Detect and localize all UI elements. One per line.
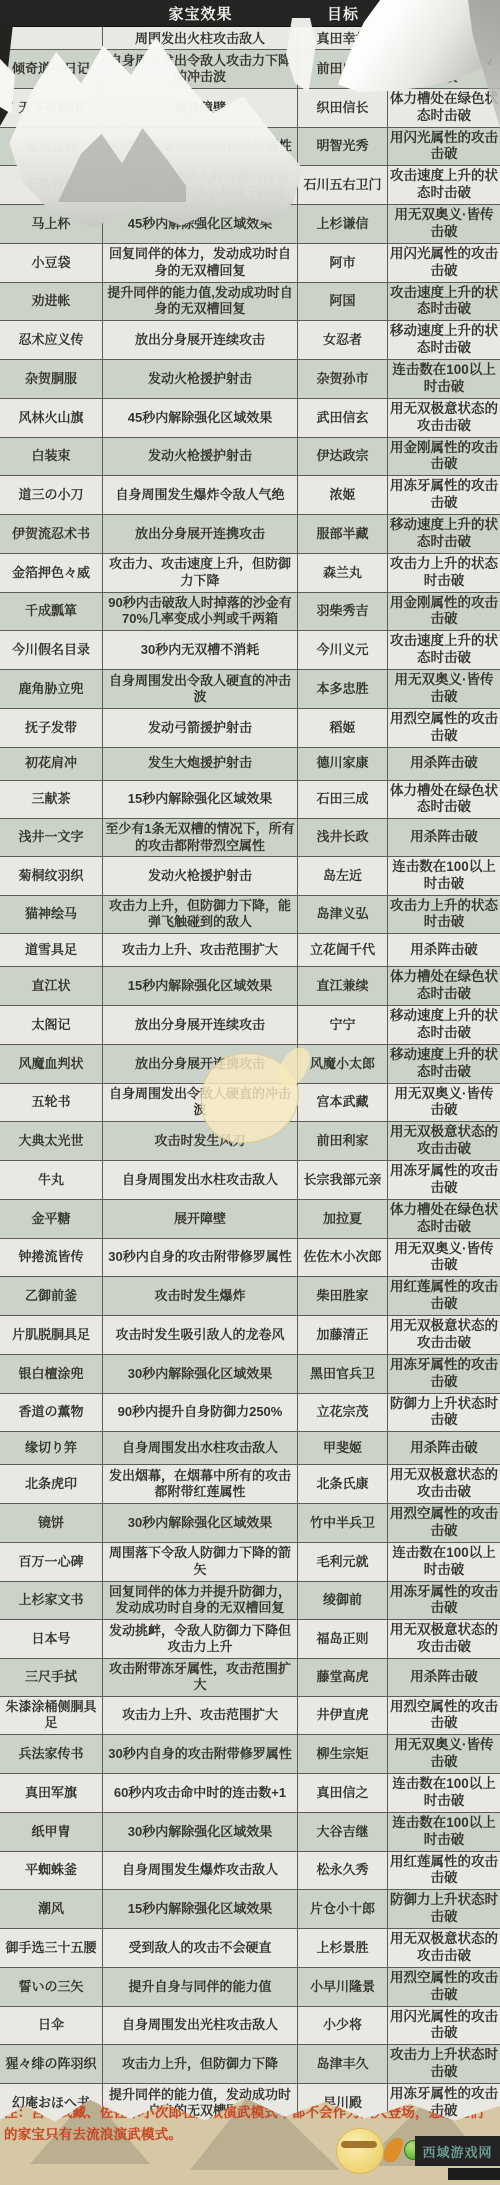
treasure-effect-cell: 60秒内攻击命中时的连击数+1 <box>103 1774 298 1812</box>
treasure-effect-cell: 至少有1条无双槽的情况下，所有的攻击都附带烈空属性 <box>103 819 298 856</box>
treasure-effect-cell: 攻击力上升，但防御力下降 <box>103 2045 298 2083</box>
treasure-effect-cell: 自身周围发出令敌人攻击力下降的冲击波 <box>103 50 298 88</box>
break-method-cell: 移动速度上升的状态时击破 <box>388 1006 500 1044</box>
table-row: 伊贺流忍术书放出分身展开连携攻击服部半藏移动速度上升的状态时击破 <box>0 515 500 554</box>
target-character-cell: 前田利家 <box>298 1122 388 1160</box>
treasure-name-cell: 初花肩冲 <box>0 748 103 780</box>
treasure-name-cell: 浅井一文字 <box>0 819 103 856</box>
treasure-name-cell: 猩々绯の阵羽织 <box>0 2045 103 2083</box>
treasure-effect-cell: 发出烟幕，在烟幕中所有的攻击都附带红莲属性 <box>103 1465 298 1503</box>
target-character-cell: 明智光秀 <box>298 128 388 166</box>
treasure-name-cell: 猫神绘马 <box>0 896 103 934</box>
break-method-cell: 用杀阵击破 <box>388 1659 500 1696</box>
treasure-effect-cell: 受到敌人的攻击不会硬直 <box>103 1929 298 1967</box>
break-method-cell: 用无双极意状态的攻击击破 <box>388 1122 500 1160</box>
target-character-cell: 柴田胜家 <box>298 1277 388 1315</box>
table-row: 周围发出火柱攻击敌人真田幸村 <box>0 27 500 50</box>
table-row: 兵法家传书30秒内自身的攻击附带修罗属性柳生宗矩用无双奥义·皆传击破 <box>0 1735 500 1774</box>
treasure-effect-cell: 30秒内解除强化区域效果 <box>103 1813 298 1851</box>
site-logo-text: 西域游戏网 <box>422 2142 492 2161</box>
target-character-cell: 岛津丰久 <box>298 2045 388 2083</box>
treasure-name-cell: 杂贺胴服 <box>0 360 103 398</box>
table-row: 真田军旗60秒内攻击命中时的连击数+1真田信之连击数在100以上时击破 <box>0 1774 500 1813</box>
table-row: 钟捲流皆传30秒内自身的攻击附带修罗属性佐佐木小次郎用无双奥义·皆传击破 <box>0 1239 500 1278</box>
chick-mascot-icon <box>336 2128 384 2174</box>
treasure-name-cell: 三献茶 <box>0 781 103 819</box>
break-method-cell: 用冻牙属性的攻击击破 <box>388 1355 500 1393</box>
break-method-cell: 连击数在100以上时击破 <box>388 857 500 895</box>
break-method-cell: 攻击速度上升的状态时击破 <box>388 631 500 669</box>
header-effect: 家宝效果 <box>103 0 298 26</box>
break-method-cell: 用杀阵击破 <box>388 1432 500 1464</box>
table-row: 直江状15秒内解除强化区域效果直江兼续体力槽处在绿色状态时击破 <box>0 967 500 1006</box>
table-row: 乙御前釜攻击时发生爆炸柴田胜家用红莲属性的攻击击破 <box>0 1277 500 1316</box>
treasure-name-cell: 千鸟香炉 <box>0 166 103 204</box>
treasure-effect-cell: 自身周围发出水柱攻击敌人 <box>103 1432 298 1464</box>
treasure-name-cell: 鹿角胁立兜 <box>0 670 103 708</box>
table-row: 三尺手拭攻击附带冻牙属性，攻击范围扩大藤堂高虎用杀阵击破 <box>0 1659 500 1697</box>
target-character-cell: 前田庆次 <box>298 50 388 88</box>
treasure-effect-cell: 30秒内自身的攻击附带修罗属性 <box>103 128 298 166</box>
treasure-effect-cell: 攻击时发生吸引敌人的龙卷风 <box>103 1316 298 1354</box>
break-method-cell: 用金刚属性的攻击击破 <box>388 593 500 631</box>
site-logo: 西域游戏网 <box>415 2136 500 2166</box>
target-character-cell: 柳生宗矩 <box>298 1735 388 1773</box>
break-method-cell: 用闪光属性的攻击击破 <box>388 128 500 166</box>
treasure-name-cell: 纸甲冑 <box>0 1813 103 1851</box>
table-row: 御手选三十五腰受到敌人的攻击不会硬直上杉景胜用无双极意状态的攻击击破 <box>0 1929 500 1968</box>
break-method-cell: 用红莲属性的攻击击破 <box>388 1852 500 1890</box>
treasure-name-cell: 北条虎印 <box>0 1465 103 1503</box>
break-method-cell: 用杀阵击破 <box>388 748 500 780</box>
table-row: 潮风15秒内解除强化区域效果片仓小十郎防御力上升状态时击破 <box>0 1890 500 1929</box>
treasure-effect-cell: 120秒内击破敌人时掉落的沙金有50%几率变成小判或千两箱 <box>103 166 298 204</box>
treasure-name-cell: 御手选三十五腰 <box>0 1929 103 1967</box>
treasure-effect-cell: 发生大炮援护射击 <box>103 748 298 780</box>
target-character-cell: 阿市 <box>298 244 388 282</box>
treasure-effect-cell: 发动火枪援护射击 <box>103 438 298 476</box>
table-row: 马上杯45秒内解除强化区域效果上杉谦信用无双奥义·皆传击破 <box>0 205 500 244</box>
target-character-cell: 直江兼续 <box>298 967 388 1005</box>
table-row: 浅井一文字至少有1条无双槽的情况下，所有的攻击都附带烈空属性浅井长政用杀阵击破 <box>0 819 500 857</box>
treasure-effect-cell: 攻击时发生爆炸 <box>103 1277 298 1315</box>
target-character-cell: 浅井长政 <box>298 819 388 856</box>
break-method-cell: 连击数在100以上时击破 <box>388 1774 500 1812</box>
treasure-effect-cell: 发动弓箭援护射击 <box>103 709 298 747</box>
target-character-cell: 宁宁 <box>298 1006 388 1044</box>
header-method <box>388 0 500 26</box>
target-character-cell: 石田三成 <box>298 781 388 819</box>
treasure-name-cell: 缘切り笄 <box>0 1432 103 1464</box>
treasure-name-cell: 小豆袋 <box>0 244 103 282</box>
treasure-name-cell: 银白檀涂兜 <box>0 1355 103 1393</box>
table-row: 朱漆涂桶侧胴具足攻击力上升、攻击范围扩大井伊直虎用烈空属性的攻击击破 <box>0 1697 500 1736</box>
treasure-effect-cell: 45秒内解除强化区域效果 <box>103 205 298 243</box>
treasure-effect-cell: 发动火枪援护射击 <box>103 857 298 895</box>
table-row: 千成瓢箪90秒内击破敌人时掉落的沙金有70%几率变成小判或千两箱羽柴秀吉用金刚属… <box>0 593 500 632</box>
break-method-cell: 用金刚属性的攻击击破 <box>388 438 500 476</box>
treasure-effect-cell: 45秒内解除强化区域效果 <box>103 399 298 437</box>
table-row: 太阁记放出分身展开连续攻击宁宁移动速度上升的状态时击破 <box>0 1006 500 1045</box>
treasure-name-cell: 抚子发带 <box>0 709 103 747</box>
break-method-cell: 移动速度上升的状态时击破 <box>388 515 500 553</box>
break-method-cell: 用冻牙属性的攻击击破 <box>388 1161 500 1199</box>
treasure-name-cell: 风林火山旗 <box>0 399 103 437</box>
break-method-cell: 用无双极意状态的攻击击破 <box>388 1316 500 1354</box>
break-method-cell: 用无双奥义·皆传击破 <box>388 50 500 88</box>
break-method-cell: 用冻牙属性的攻击击破 <box>388 476 500 514</box>
treasure-effect-cell: 攻击力上升、攻击范围扩大 <box>103 1697 298 1735</box>
header-treasure <box>0 0 103 26</box>
treasure-effect-cell: 放出分身展开连续攻击 <box>103 321 298 359</box>
table-row: 天下布武印展开障壁织田信长体力槽处在绿色状态时击破 <box>0 89 500 128</box>
treasure-name-cell: 白装束 <box>0 438 103 476</box>
target-character-cell: 绫御前 <box>298 1582 388 1620</box>
break-method-cell: 攻击力上升的状态时击破 <box>388 896 500 934</box>
treasure-name-cell: 伊贺流忍术书 <box>0 515 103 553</box>
table-row: 抚子发带发动弓箭援护射击稻姬用烈空属性的攻击击破 <box>0 709 500 748</box>
treasure-effect-cell: 15秒内解除强化区域效果 <box>103 781 298 819</box>
break-method-cell: 用烈空属性的攻击击破 <box>388 1504 500 1542</box>
target-character-cell: 今川义元 <box>298 631 388 669</box>
table-row: 千鸟香炉120秒内击破敌人时掉落的沙金有50%几率变成小判或千两箱石川五右卫门攻… <box>0 166 500 205</box>
treasure-effect-cell: 攻击力上升，但防御力下降，能弹飞触碰到的敌人 <box>103 896 298 934</box>
table-row: 今川假名目录30秒内无双槽不消耗今川义元攻击速度上升的状态时击破 <box>0 631 500 670</box>
treasure-name-cell: 钟捲流皆传 <box>0 1239 103 1277</box>
target-character-cell: 真田信之 <box>298 1774 388 1812</box>
table-row: 纸甲冑30秒内解除强化区域效果大谷吉继连击数在100以上时击破 <box>0 1813 500 1852</box>
treasure-name-cell: 日伞 <box>0 2007 103 2045</box>
table-row: 三献茶15秒内解除强化区域效果石田三成体力槽处在绿色状态时击破 <box>0 781 500 820</box>
break-method-cell: 攻击力上升状态时击破 <box>388 2045 500 2083</box>
treasure-name-cell: 爱宕百韵 <box>0 128 103 166</box>
treasure-name-cell: 镜饼 <box>0 1504 103 1542</box>
table-row: 道三の小刀自身周围发生爆炸令敌人气绝浓姬用冻牙属性的攻击击破 <box>0 476 500 515</box>
treasure-name-cell: 百万一心碑 <box>0 1543 103 1581</box>
treasure-name-cell: 朱漆涂桶侧胴具足 <box>0 1697 103 1735</box>
table-row: 誓いの三矢提升自身与同伴的能力值小早川隆景用烈空属性的攻击击破 <box>0 1968 500 2007</box>
target-character-cell: 福岛正则 <box>298 1620 388 1658</box>
treasure-effect-cell: 30秒内自身的攻击附带修罗属性 <box>103 1735 298 1773</box>
target-character-cell: 藤堂高虎 <box>298 1659 388 1696</box>
table-row: 镜饼30秒内解除强化区域效果竹中半兵卫用烈空属性的攻击击破 <box>0 1504 500 1543</box>
target-character-cell: 北条氏康 <box>298 1465 388 1503</box>
treasure-name-cell: 潮风 <box>0 1890 103 1928</box>
target-character-cell: 岛津义弘 <box>298 896 388 934</box>
target-character-cell: 佐佐木小次郎 <box>298 1239 388 1277</box>
treasure-name-cell: 日本号 <box>0 1620 103 1658</box>
target-character-cell: 阿国 <box>298 283 388 321</box>
treasure-effect-cell: 攻击力上升、攻击范围扩大 <box>103 934 298 966</box>
treasure-name-cell: 牛丸 <box>0 1161 103 1199</box>
table-row: 北条虎印发出烟幕，在烟幕中所有的攻击都附带红莲属性北条氏康用无双极意状态的攻击击… <box>0 1465 500 1504</box>
target-character-cell: 小早川隆景 <box>298 1968 388 2006</box>
break-method-cell: 用闪光属性的攻击击破 <box>388 244 500 282</box>
table-row: 牛丸自身周围发出水柱攻击敌人长宗我部元亲用冻牙属性的攻击击破 <box>0 1161 500 1200</box>
treasure-effect-cell: 发动挑衅，令敌人防御力下降但攻击力上升 <box>103 1620 298 1658</box>
table-row: 菊桐纹羽织发动火枪援护射击岛左近连击数在100以上时击破 <box>0 857 500 896</box>
table-row: 杂贺胴服发动火枪援护射击杂贺孙市连击数在100以上时击破 <box>0 360 500 399</box>
treasure-name-cell: 今川假名目录 <box>0 631 103 669</box>
table-row: 上杉家文书回复同伴的体力并提升防御力，发动成功时自身的无双槽回复绫御前用冻牙属性… <box>0 1582 500 1621</box>
target-character-cell: 武田信玄 <box>298 399 388 437</box>
treasure-effect-cell: 90秒内提升自身防御力250% <box>103 1394 298 1432</box>
table-row: 日伞自身周围发出光柱攻击敌人小少将用闪光属性的攻击击破 <box>0 2007 500 2046</box>
target-character-cell: 片仓小十郎 <box>298 1890 388 1928</box>
break-method-cell: 用红莲属性的攻击击破 <box>388 1277 500 1315</box>
treasure-effect-cell: 30秒内解除强化区域效果 <box>103 1355 298 1393</box>
break-method-cell: 用烈空属性的攻击击破 <box>388 1968 500 2006</box>
treasure-effect-cell: 发动火枪援护射击 <box>103 360 298 398</box>
treasure-name-cell: 风魔血判状 <box>0 1045 103 1083</box>
treasure-name-cell: 真田军旗 <box>0 1774 103 1812</box>
target-character-cell: 甲斐姬 <box>298 1432 388 1464</box>
treasure-effect-cell: 攻击附带冻牙属性，攻击范围扩大 <box>103 1659 298 1696</box>
table-row: 鹿角胁立兜自身周围发出令敌人硬直的冲击波本多忠胜用无双奥义·皆传击破 <box>0 670 500 709</box>
target-character-cell: 森兰丸 <box>298 554 388 592</box>
target-character-cell: 杂贺孙市 <box>298 360 388 398</box>
treasure-name-cell <box>0 27 103 50</box>
table-row: 猫神绘马攻击力上升，但防御力下降，能弹飞触碰到的敌人岛津义弘攻击力上升的状态时击… <box>0 896 500 935</box>
treasure-effect-cell: 自身周围发出水柱攻击敌人 <box>103 1161 298 1199</box>
break-method-cell: 用杀阵击破 <box>388 934 500 966</box>
target-character-cell: 织田信长 <box>298 89 388 127</box>
target-character-cell: 上杉谦信 <box>298 205 388 243</box>
treasure-name-cell: 乙御前釜 <box>0 1277 103 1315</box>
break-method-cell <box>388 27 500 50</box>
table-row: 香道の薫物90秒内提升自身防御力250%立花宗茂防御力上升状态时击破 <box>0 1394 500 1433</box>
treasure-name-cell: 兵法家传书 <box>0 1735 103 1773</box>
target-character-cell: 本多忠胜 <box>298 670 388 708</box>
target-character-cell: 立花訚千代 <box>298 934 388 966</box>
break-method-cell: 用无双极意状态的攻击击破 <box>388 1929 500 1967</box>
treasure-name-cell: 倾奇道中日记 <box>0 50 103 88</box>
treasure-effect-cell: 自身周围发出令敌人硬直的冲击波 <box>103 670 298 708</box>
treasure-name-cell: 平蜘蛛釜 <box>0 1852 103 1890</box>
treasure-name-cell: 上杉家文书 <box>0 1582 103 1620</box>
table-row: 道雪具足攻击力上升、攻击范围扩大立花訚千代用杀阵击破 <box>0 934 500 967</box>
break-method-cell: 防御力上升状态时击破 <box>388 1890 500 1928</box>
break-method-cell: 移动速度上升的状态时击破 <box>388 321 500 359</box>
target-character-cell: 加拉夏 <box>298 1200 388 1238</box>
table-row: 猩々绯の阵羽织攻击力上升，但防御力下降岛津丰久攻击力上升状态时击破 <box>0 2045 500 2084</box>
target-character-cell: 长宗我部元亲 <box>298 1161 388 1199</box>
table-row: 劝进帐提升同伴的能力值,发动成功时自身的无双槽回复阿国攻击速度上升的状态时击破 <box>0 283 500 322</box>
table-row: 银白檀涂兜30秒内解除强化区域效果黑田官兵卫用冻牙属性的攻击击破 <box>0 1355 500 1394</box>
target-character-cell: 宫本武藏 <box>298 1084 388 1122</box>
target-character-cell: 羽柴秀吉 <box>298 593 388 631</box>
treasure-effect-cell: 攻击力、攻击速度上升，但防御力下降 <box>103 554 298 592</box>
treasure-name-cell: 香道の薫物 <box>0 1394 103 1432</box>
treasure-effect-cell: 15秒内解除强化区域效果 <box>103 967 298 1005</box>
treasure-effect-cell: 展开障壁 <box>103 89 298 127</box>
target-character-cell: 服部半藏 <box>298 515 388 553</box>
target-character-cell: 伊达政宗 <box>298 438 388 476</box>
table-header-row: 家宝效果 目标 <box>0 0 500 27</box>
treasure-effect-cell: 自身周围发生爆炸攻击敌人 <box>103 1852 298 1890</box>
break-method-cell: 用闪光属性的攻击击破 <box>388 2007 500 2045</box>
break-method-cell: 用无双奥义·皆传击破 <box>388 1084 500 1122</box>
break-method-cell: 攻击速度上升的状态时击破 <box>388 166 500 204</box>
table-row: 爱宕百韵30秒内自身的攻击附带修罗属性明智光秀用闪光属性的攻击击破 <box>0 128 500 167</box>
target-character-cell: 稻姬 <box>298 709 388 747</box>
treasure-effect-cell: 30秒内自身的攻击附带修罗属性 <box>103 1239 298 1277</box>
table-row: 小豆袋回复同伴的体力，发动成功时自身的无双槽回复阿市用闪光属性的攻击击破 <box>0 244 500 283</box>
break-method-cell: 用杀阵击破 <box>388 819 500 856</box>
mascot-hat-band <box>341 2141 377 2148</box>
target-character-cell: 德川家康 <box>298 748 388 780</box>
table-row: 金箔押色々威攻击力、攻击速度上升，但防御力下降森兰丸攻击力上升的状态时击破 <box>0 554 500 593</box>
table-row: 日本号发动挑衅，令敌人防御力下降但攻击力上升福岛正则用无双极意状态的攻击击破 <box>0 1620 500 1659</box>
treasure-name-cell: 忍术应义传 <box>0 321 103 359</box>
break-method-cell: 连击数在100以上时击破 <box>388 360 500 398</box>
treasure-name-cell: 五轮书 <box>0 1084 103 1122</box>
treasure-name-cell: 太阁记 <box>0 1006 103 1044</box>
break-method-cell: 体力槽处在绿色状态时击破 <box>388 1200 500 1238</box>
treasure-effect-cell: 周围落下令敌人防御力下降的箭矢 <box>103 1543 298 1581</box>
break-method-cell: 用冻牙属性的攻击击破 <box>388 1582 500 1620</box>
treasure-guide-page: 家宝效果 目标 周围发出火柱攻击敌人真田幸村倾奇道中日记自身周围发出令敌人攻击力… <box>0 0 500 2185</box>
site-logo-strip <box>448 2168 500 2180</box>
treasure-name-cell: 三尺手拭 <box>0 1659 103 1696</box>
treasure-effect-cell: 放出分身展开连携攻击 <box>103 515 298 553</box>
table-row: 百万一心碑周围落下令敌人防御力下降的箭矢毛利元就连击数在100以上时击破 <box>0 1543 500 1582</box>
table-row: 金平糖展开障壁加拉夏体力槽处在绿色状态时击破 <box>0 1200 500 1239</box>
break-method-cell: 用无双奥义·皆传击破 <box>388 1735 500 1773</box>
treasure-name-cell: 誓いの三矢 <box>0 1968 103 2006</box>
target-character-cell: 毛利元就 <box>298 1543 388 1581</box>
treasure-effect-cell: 提升同伴的能力值,发动成功时自身的无双槽回复 <box>103 283 298 321</box>
target-character-cell: 加藤清正 <box>298 1316 388 1354</box>
break-method-cell: 用无双奥义·皆传击破 <box>388 1239 500 1277</box>
table-row: 风林火山旗45秒内解除强化区域效果武田信玄用无双极意状态的攻击击破 <box>0 399 500 438</box>
target-character-cell: 大谷吉继 <box>298 1813 388 1851</box>
target-character-cell: 小少将 <box>298 2007 388 2045</box>
treasure-name-cell: 马上杯 <box>0 205 103 243</box>
header-target: 目标 <box>298 0 388 26</box>
target-character-cell: 浓姬 <box>298 476 388 514</box>
treasure-effect-cell: 15秒内解除强化区域效果 <box>103 1890 298 1928</box>
treasure-name-cell: 片肌脱胴具足 <box>0 1316 103 1354</box>
treasure-effect-cell: 自身周围发生爆炸令敌人气绝 <box>103 476 298 514</box>
break-method-cell: 用无双极意状态的攻击击破 <box>388 399 500 437</box>
treasure-effect-cell: 回复同伴的体力并提升防御力，发动成功时自身的无双槽回复 <box>103 1582 298 1620</box>
treasure-name-cell: 千成瓢箪 <box>0 593 103 631</box>
break-method-cell: 攻击速度上升的状态时击破 <box>388 283 500 321</box>
table-row: 白装束发动火枪援护射击伊达政宗用金刚属性的攻击击破 <box>0 438 500 477</box>
break-method-cell: 连击数在100以上时击破 <box>388 1813 500 1851</box>
treasure-effect-cell: 放出分身展开连续攻击 <box>103 1006 298 1044</box>
target-character-cell: 风魔小太郎 <box>298 1045 388 1083</box>
treasure-effect-cell: 30秒内解除强化区域效果 <box>103 1504 298 1542</box>
table-row: 忍术应义传放出分身展开连续攻击女忍者移动速度上升的状态时击破 <box>0 321 500 360</box>
treasure-name-cell: 菊桐纹羽织 <box>0 857 103 895</box>
treasure-name-cell: 道雪具足 <box>0 934 103 966</box>
target-character-cell: 黑田官兵卫 <box>298 1355 388 1393</box>
treasure-name-cell: 天下布武印 <box>0 89 103 127</box>
treasure-effect-cell: 周围发出火柱攻击敌人 <box>103 27 298 50</box>
break-method-cell: 用烈空属性的攻击击破 <box>388 1697 500 1735</box>
treasure-name-cell: 金箔押色々威 <box>0 554 103 592</box>
treasure-effect-cell: 展开障壁 <box>103 1200 298 1238</box>
treasure-name-cell: 劝进帐 <box>0 283 103 321</box>
treasure-effect-cell: 90秒内击破敌人时掉落的沙金有70%几率变成小判或千两箱 <box>103 593 298 631</box>
break-method-cell: 体力槽处在绿色状态时击破 <box>388 89 500 127</box>
treasure-effect-cell: 提升自身与同伴的能力值 <box>103 1968 298 2006</box>
treasure-name-cell: 道三の小刀 <box>0 476 103 514</box>
table-row: 平蜘蛛釜自身周围发生爆炸攻击敌人松永久秀用红莲属性的攻击击破 <box>0 1852 500 1891</box>
break-method-cell: 防御力上升状态时击破 <box>388 1394 500 1432</box>
treasure-name-cell: 大典太光世 <box>0 1122 103 1160</box>
table-row: 初花肩冲发生大炮援护射击德川家康用杀阵击破 <box>0 748 500 781</box>
target-character-cell: 井伊直虎 <box>298 1697 388 1735</box>
table-row: 片肌脱胴具足攻击时发生吸引敌人的龙卷风加藤清正用无双极意状态的攻击击破 <box>0 1316 500 1355</box>
break-method-cell: 用无双极意状态的攻击击破 <box>388 1620 500 1658</box>
target-character-cell: 女忍者 <box>298 321 388 359</box>
break-method-cell: 移动速度上升的状态时击破 <box>388 1045 500 1083</box>
break-method-cell: 用无双奥义·皆传击破 <box>388 205 500 243</box>
table-row: 缘切り笄自身周围发出水柱攻击敌人甲斐姬用杀阵击破 <box>0 1432 500 1465</box>
target-character-cell: 上杉景胜 <box>298 1929 388 1967</box>
target-character-cell: 石川五右卫门 <box>298 166 388 204</box>
treasure-name-cell: 金平糖 <box>0 1200 103 1238</box>
break-method-cell: 体力槽处在绿色状态时击破 <box>388 967 500 1005</box>
target-character-cell: 竹中半兵卫 <box>298 1504 388 1542</box>
treasure-effect-cell: 30秒内无双槽不消耗 <box>103 631 298 669</box>
target-character-cell: 岛左近 <box>298 857 388 895</box>
table-row: 倾奇道中日记自身周围发出令敌人攻击力下降的冲击波前田庆次用无双奥义·皆传击破 <box>0 50 500 89</box>
treasure-effect-cell: 回复同伴的体力，发动成功时自身的无双槽回复 <box>103 244 298 282</box>
target-character-cell: 真田幸村 <box>298 27 388 50</box>
break-method-cell: 用烈空属性的攻击击破 <box>388 709 500 747</box>
treasure-effect-cell: 自身周围发出光柱攻击敌人 <box>103 2007 298 2045</box>
break-method-cell: 用无双极意状态的攻击击破 <box>388 1465 500 1503</box>
break-method-cell: 用无双奥义·皆传击破 <box>388 670 500 708</box>
break-method-cell: 攻击力上升的状态时击破 <box>388 554 500 592</box>
treasure-name-cell: 直江状 <box>0 967 103 1005</box>
target-character-cell: 立花宗茂 <box>298 1394 388 1432</box>
break-method-cell: 体力槽处在绿色状态时击破 <box>388 781 500 819</box>
target-character-cell: 松永久秀 <box>298 1852 388 1890</box>
break-method-cell: 连击数在100以上时击破 <box>388 1543 500 1581</box>
